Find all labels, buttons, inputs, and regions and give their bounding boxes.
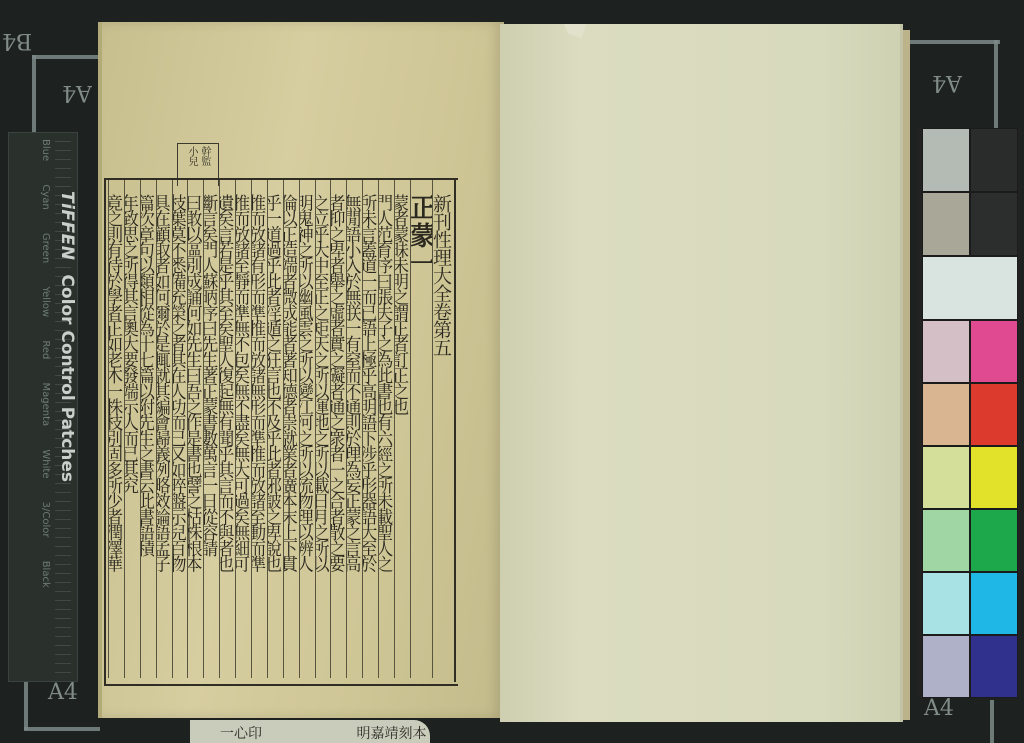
text-column: 蒙者蒙昧未明之謂正者訂正之也	[394, 180, 410, 678]
mat-guide-line	[32, 55, 102, 59]
patch-black	[970, 128, 1018, 192]
patch-black-2	[970, 192, 1018, 256]
text-column: 推而放諸至靜而準無不包矣無不盡矣無大可過矣無細可	[235, 180, 251, 678]
catalog-slip: 一心印 明嘉靖刻本	[190, 720, 430, 743]
text-column: 推而放諸有形而準推而放諸無形而準推而放諸至動而準	[251, 180, 267, 678]
text-column: 乎一道過乎此者淫遁之狂言也不及乎此者邪詖之卑說也	[267, 180, 283, 678]
text-column: 倫以正造端者微成能者著知德者崇就業者廣本末上下貫	[283, 180, 299, 678]
mat-label-b4: B4	[2, 28, 32, 53]
mat-label-a4: A4	[932, 70, 962, 95]
patch-cyan-light	[922, 572, 970, 635]
text-column: 枝葉莫不悉備充榮之者其在人功而已又如晬盤示兒百物	[172, 180, 188, 678]
volume-title-column: 新刊性理大全卷第五	[432, 180, 452, 678]
patch-yellow	[970, 446, 1018, 509]
paper-tear	[564, 24, 586, 38]
patch-gray-mid	[922, 192, 970, 256]
text-column: 年致思之所得其言奧大要發端示人而已其究	[124, 180, 140, 678]
patch-gray-light	[922, 128, 970, 192]
text-column: 所未言蓋道一而已語上極乎高明語下涉乎形器語大至於	[362, 180, 378, 678]
text-column: 曰敢以區別成誦何如先生曰吾之作是書也譬之枯株根本	[187, 180, 203, 678]
patch-green-light	[922, 509, 970, 572]
tiffen-color-strip: Blue Cyan Green Yellow Red Magenta White…	[8, 132, 78, 682]
text-column: 斷言矣門人蘇昞序曰先生著正蒙書數萬言一日從容請	[203, 180, 219, 678]
book-right-page	[500, 24, 903, 722]
patch-labels: Blue Cyan Green Yellow Red Magenta White…	[40, 139, 51, 608]
tiffen-logo: TiFFEN	[57, 191, 77, 261]
mat-guide-line	[32, 55, 36, 135]
text-column: 明鬼神之所以幽風雲之所以變江河之所以流物理以辨人	[299, 180, 315, 678]
mat-guide-line	[24, 727, 100, 731]
color-calibration-chart	[918, 128, 1020, 698]
text-column: 竟之則有待於學者正如老木一株枝別固多所少者潤澤華	[108, 180, 124, 678]
chapter-heading-column: 正蒙一	[410, 180, 432, 678]
tiffen-title: Color Control Patches	[57, 274, 77, 482]
text-column: 門人范育序曰張夫子之為此書也有六經之所未載聖人之	[378, 180, 394, 678]
text-column: 遺矣言若是乎其至矣聖人復起無有聞乎其言而不與者也	[219, 180, 235, 678]
mat-label-a4: A4	[924, 696, 954, 721]
woodblock-text-columns: 新刊性理大全卷第五 正蒙一 蒙者蒙昧未明之謂正者訂正之也 門人范育序曰張夫子之為…	[108, 180, 452, 678]
patch-cyan	[970, 572, 1018, 635]
text-column: 具在顧取者如何爾於是輒就其編會歸義例略效論語孟子	[156, 180, 172, 678]
mat-label-a4: A4	[48, 680, 78, 705]
patch-magenta	[970, 320, 1018, 383]
mat-guide-line	[24, 680, 28, 730]
patch-tan	[922, 383, 970, 446]
patch-white	[922, 256, 1018, 320]
text-column: 篇次章句以類相從為十七篇以附先生之書云此書語積	[140, 180, 156, 678]
patch-lavender	[922, 635, 970, 698]
tiffen-brand-text: TiFFEN Color Control Patches	[57, 191, 77, 482]
patch-pink-light	[922, 320, 970, 383]
mat-guide-line	[910, 40, 1000, 44]
text-column: 之立乎大中至正之矩天之所以運地之所以載日月之所以	[315, 180, 331, 678]
patch-red	[970, 383, 1018, 446]
mat-guide-line	[990, 700, 994, 743]
mat-label-a4: A4	[62, 80, 92, 105]
text-block-frame-right	[454, 178, 460, 682]
patch-yellow-light	[922, 446, 970, 509]
patch-green	[970, 509, 1018, 572]
patch-blue	[970, 635, 1018, 698]
text-column: 者抑之卑者舉之虛者實之礙者通之衆者一之合者散之要	[330, 180, 346, 678]
mat-guide-line	[994, 40, 998, 130]
text-column: 無閒語小入於無朕一有窒而不通則於理為妄正蒙之言高	[346, 180, 362, 678]
